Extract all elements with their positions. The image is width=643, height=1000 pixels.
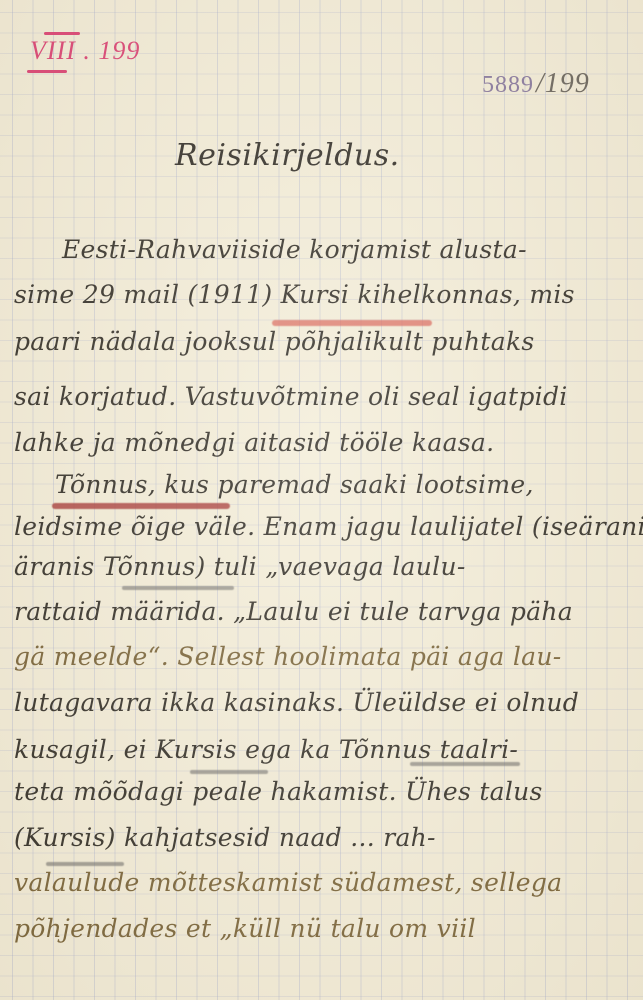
text-line-7: leidsime õige väle. Enam jagu laulijatel… — [14, 512, 643, 541]
text-line-10: gä meelde“. Sellest hoolimata päi aga la… — [14, 642, 562, 671]
archive-stamp: 5889/199 — [482, 68, 590, 100]
red-underline-2 — [52, 503, 230, 509]
manuscript-page: VIII . 199 5889/199 Reisikirjeldus. Eest… — [0, 0, 643, 1000]
text-line-2: sime 29 mail (1911) Kursi kihelkonnas, m… — [14, 280, 575, 309]
text-line-16: põhjendades et „küll nü talu om viil — [14, 914, 476, 943]
stamp-suffix: /199 — [536, 68, 590, 99]
text-line-3: paari nädala jooksul põhjalikult puhtaks — [14, 327, 535, 356]
pencil-underline-3 — [410, 762, 520, 766]
text-line-4: sai korjatud. Vastuvõtmine oli seal igat… — [14, 382, 568, 411]
stamp-number: 5889 — [482, 72, 534, 98]
archive-mark-text: VIII . 199 — [30, 36, 140, 65]
text-line-13: teta mõõdagi peale hakamist. Ühes talus — [14, 777, 543, 806]
text-line-11: lutagavara ikka kasinaks. Üleüldse ei ol… — [14, 688, 579, 717]
page-title: Reisikirjeldus. — [175, 138, 400, 173]
archive-mark-overline — [44, 32, 80, 35]
text-line-1: Eesti-Rahvaviiside korjamist alusta- — [62, 235, 527, 264]
pencil-underline-1 — [122, 586, 234, 590]
text-line-9: rattaid määrida. „Laulu ei tule tarvga p… — [14, 597, 573, 626]
archive-mark: VIII . 199 — [30, 36, 140, 66]
text-line-8: äranis Tõnnus) tuli „vaevaga laulu- — [14, 552, 466, 581]
text-line-12: kusagil, ei Kursis ega ka Tõnnus taalri- — [14, 735, 518, 764]
text-line-15: valaulude mõtteskamist südamest, sellega — [14, 868, 562, 897]
red-underline-1 — [272, 320, 432, 326]
pencil-underline-2 — [190, 770, 268, 774]
archive-mark-underline — [27, 70, 67, 73]
text-line-5: lahke ja mõnedgi aitasid tööle kaasa. — [14, 428, 494, 457]
text-line-14: (Kursis) kahjatsesid naad ... rah- — [14, 823, 436, 852]
pencil-underline-4 — [46, 862, 124, 866]
text-line-6: Tõnnus, kus paremad saaki lootsime, — [55, 470, 534, 499]
